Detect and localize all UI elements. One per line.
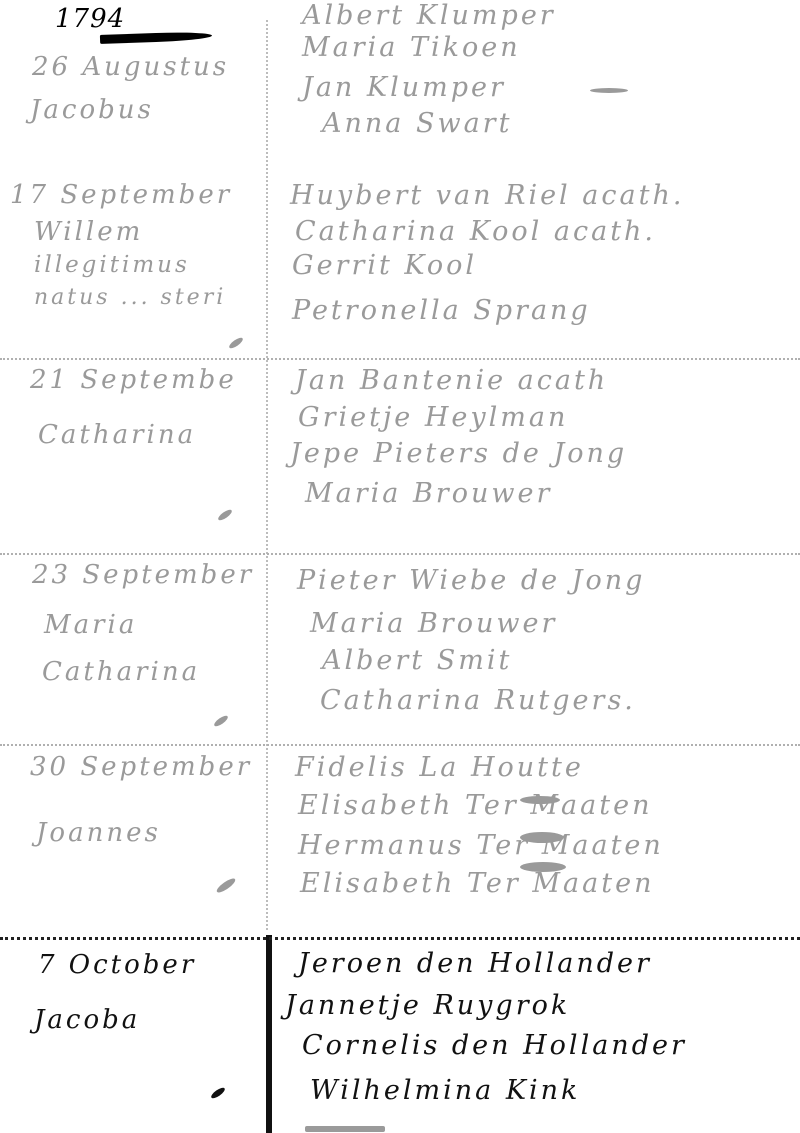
witness-name: Jan Klumper	[302, 72, 506, 103]
baptized-name: Catharina	[42, 657, 200, 687]
ink-flourish	[590, 88, 628, 93]
witness-name: Gerrit Kool	[292, 250, 477, 281]
baptized-name: Willem	[34, 217, 143, 247]
year-header: 1794	[55, 4, 125, 34]
witness-name: Maria Tikoen	[302, 32, 521, 63]
witness-name: Petronella Sprang	[292, 295, 591, 326]
entry-date: 7 October	[38, 950, 196, 980]
witness-name: Jan Bantenie acath	[295, 365, 608, 396]
ink-mark	[213, 714, 230, 728]
entry-date: 17 September	[10, 180, 232, 210]
witness-name: Cornelis den Hollander	[302, 1030, 687, 1061]
entry-date: 23 September	[32, 560, 254, 590]
entry-separator	[0, 937, 800, 940]
witness-name: Maria Brouwer	[310, 608, 557, 639]
entry-separator	[0, 553, 800, 555]
baptized-name: Jacoba	[34, 1005, 140, 1035]
entry-separator	[0, 358, 800, 360]
ink-blot	[520, 862, 566, 872]
column-divider-dark	[266, 935, 272, 1133]
witness-name: Elisabeth Ter Maaten	[300, 868, 654, 899]
entry-separator	[0, 744, 800, 746]
column-divider	[266, 20, 268, 930]
witness-name: Huybert van Riel acath.	[290, 180, 684, 211]
ink-mark	[217, 508, 234, 522]
witness-name: Grietje Heylman	[298, 402, 568, 433]
baptized-name: Catharina	[38, 420, 196, 450]
baptized-note: illegitimus	[34, 252, 190, 278]
baptized-name: Jacobus	[30, 95, 154, 125]
witness-name: Jepe Pieters de Jong	[290, 438, 627, 469]
entry-date: 26 Augustus	[32, 52, 229, 82]
witness-name: Albert Klumper	[302, 0, 556, 31]
witness-name: Jannetje Ruygrok	[285, 990, 570, 1021]
witness-name: Wilhelmina Kink	[310, 1075, 580, 1106]
witness-name: Hermanus Ter Maaten	[298, 830, 664, 861]
entry-date: 21 Septembe	[30, 365, 237, 395]
witness-name: Albert Smit	[322, 645, 512, 676]
entry-date: 30 September	[30, 752, 252, 782]
ink-mark	[215, 876, 237, 894]
witness-name: Catharina Rutgers.	[320, 685, 636, 716]
register-page: 1794 26 Augustus Jacobus Albert Klumper …	[0, 0, 800, 1133]
ink-smudge	[305, 1126, 385, 1132]
witness-name: Anna Swart	[322, 108, 512, 139]
witness-name: Pieter Wiebe de Jong	[297, 565, 645, 596]
ink-mark	[228, 336, 245, 350]
witness-name: Fidelis La Houtte	[295, 752, 584, 783]
ink-mark	[210, 1086, 227, 1100]
witness-name: Jeroen den Hollander	[298, 948, 652, 979]
ink-blot	[520, 832, 564, 843]
baptized-name: Joannes	[36, 818, 161, 848]
ink-blot	[520, 796, 560, 804]
baptized-note: natus ... steri	[34, 285, 226, 310]
baptized-name: Maria	[44, 610, 137, 640]
witness-name: Catharina Kool acath.	[295, 216, 656, 247]
witness-name: Elisabeth Ter Maaten	[298, 790, 652, 821]
witness-name: Maria Brouwer	[305, 478, 552, 509]
